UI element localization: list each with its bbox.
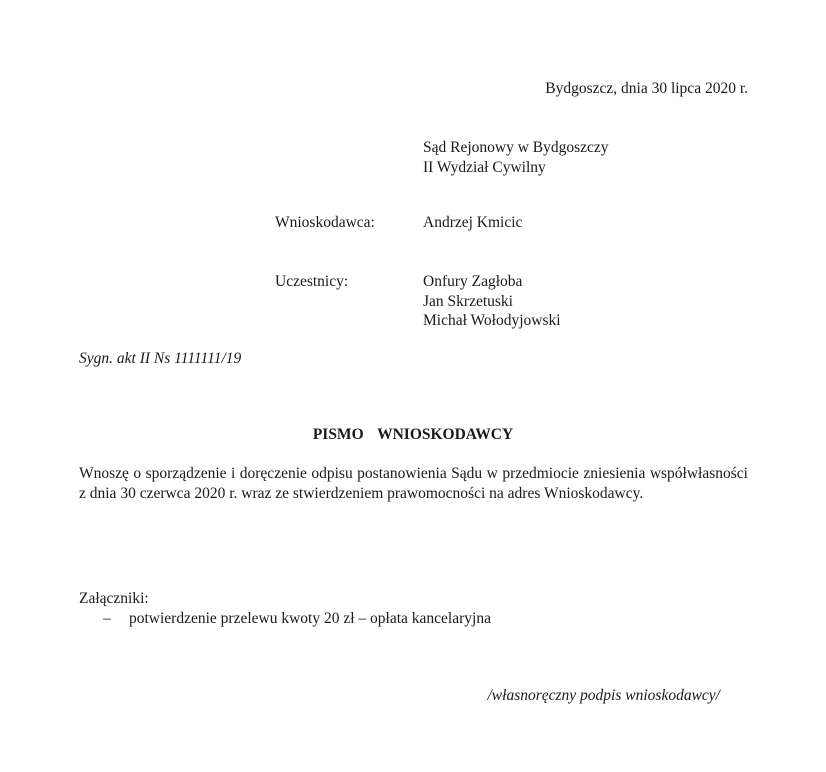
- applicant-name: Andrzej Kmicic: [423, 213, 522, 232]
- participant-name: Michał Wołodyjowski: [423, 311, 561, 331]
- attachment-text: potwierdzenie przelewu kwoty 20 zł – opł…: [129, 609, 491, 628]
- attachments-list: – potwierdzenie przelewu kwoty 20 zł – o…: [79, 609, 491, 628]
- court-division: II Wydział Cywilny: [423, 158, 609, 178]
- court-name: Sąd Rejonowy w Bydgoszczy: [423, 138, 609, 158]
- document-body: Wnoszę o sporządzenie i doręczenie odpis…: [79, 464, 748, 503]
- attachments-label: Załączniki:: [79, 589, 149, 608]
- attachment-item: – potwierdzenie przelewu kwoty 20 zł – o…: [79, 609, 491, 628]
- participants-label: Uczestnicy:: [275, 272, 348, 291]
- document-title-text: PISMO WNIOSKODAWCY: [313, 426, 513, 443]
- place-date: Bydgoszcz, dnia 30 lipca 2020 r.: [545, 79, 748, 98]
- case-number: Sygn. akt II Ns 1111111/19: [79, 349, 241, 368]
- applicant-label: Wnioskodawca:: [275, 213, 375, 232]
- participant-name: Onfury Zagłoba: [423, 272, 561, 292]
- signature-placeholder: /własnoręczny podpis wnioskodawcy/: [488, 686, 721, 705]
- court-address: Sąd Rejonowy w Bydgoszczy II Wydział Cyw…: [423, 138, 609, 177]
- list-bullet: –: [79, 609, 129, 628]
- participants-list: Onfury Zagłoba Jan Skrzetuski Michał Woł…: [423, 272, 561, 331]
- participant-name: Jan Skrzetuski: [423, 292, 561, 312]
- document-title: PISMO WNIOSKODAWCY: [0, 425, 826, 444]
